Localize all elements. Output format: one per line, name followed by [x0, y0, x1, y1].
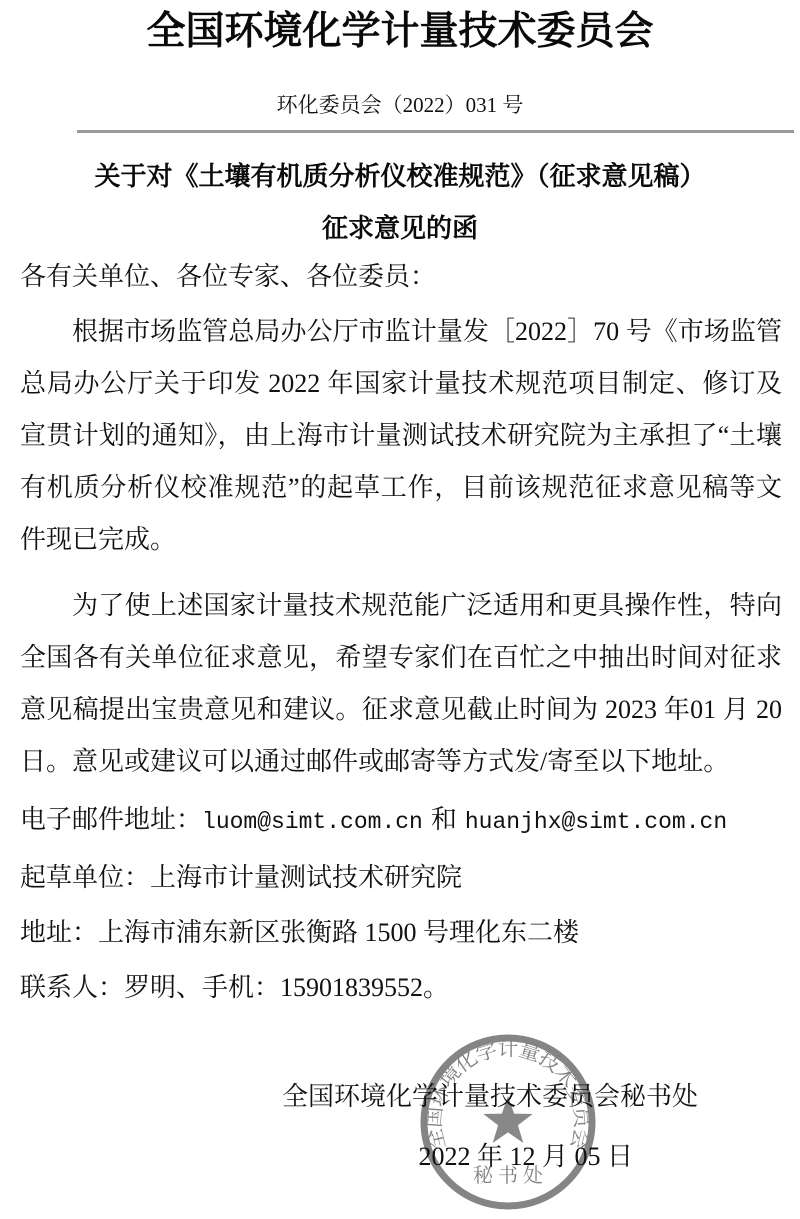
- email-address-1: luom@simt.com.cn: [202, 809, 423, 835]
- email-line: 电子邮件地址：luom@simt.com.cn和huanjhx@simt.com…: [20, 792, 782, 850]
- email-address-2: huanjhx@simt.com.cn: [465, 809, 727, 835]
- header-divider: [77, 130, 794, 133]
- drafting-unit-line: 起草单位：上海市计量测试技术研究院: [20, 850, 782, 905]
- org-title: 全国环境化学计量技术委员会: [0, 8, 800, 55]
- doc-number: 环化委员会（2022）031 号: [0, 92, 800, 118]
- salutation: 各有关单位、各位专家、各位委员：: [20, 251, 782, 303]
- email-conjunction: 和: [431, 805, 457, 834]
- date-line: 2022 年 12 月 05 日: [0, 1142, 800, 1172]
- contact-person-line: 联系人：罗明、手机：15901839552。: [20, 960, 782, 1015]
- paragraph-2: 为了使上述国家计量技术规范能广泛适用和更具操作性，特向全国各有关单位征求意见，希…: [20, 580, 782, 788]
- letter-title-line2: 征求意见的函: [0, 214, 800, 242]
- paragraph-1: 根据市场监管总局办公厅市监计量发［2022］70 号《市场监管总局办公厅关于印发…: [20, 306, 782, 566]
- address-line: 地址：上海市浦东新区张衡路 1500 号理化东二楼: [20, 905, 782, 960]
- official-seal: 全国环境化学计量技术委员会 秘 书 处: [418, 1032, 598, 1212]
- letter-body: 各有关单位、各位专家、各位委员： 根据市场监管总局办公厅市监计量发［2022］7…: [0, 251, 800, 1015]
- email-label: 电子邮件地址：: [20, 805, 202, 834]
- contact-block: 电子邮件地址：luom@simt.com.cn和huanjhx@simt.com…: [20, 792, 782, 1015]
- signature-line: 全国环境化学计量技术委员会秘书处: [0, 1082, 800, 1112]
- letter-title-line1: 关于对《土壤有机质分析仪校准规范》（征求意见稿）: [0, 162, 800, 190]
